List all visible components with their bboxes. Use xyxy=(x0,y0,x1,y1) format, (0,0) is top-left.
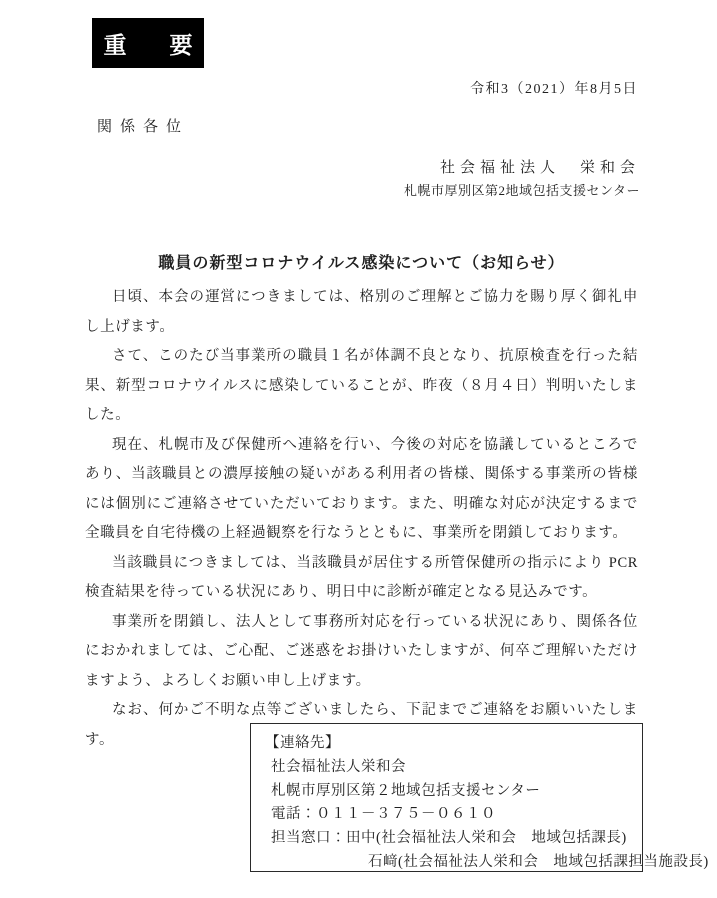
issue-date: 令和3（2021）年8月5日 xyxy=(85,78,638,98)
sender-department: 札幌市厚別区第2地域包括支援センター xyxy=(85,180,640,199)
contact-window-person-1: 担当窓口：田中(社会福祉法人栄和会 地域包括課長) xyxy=(251,827,642,851)
document-page: 重 要 令和3（2021）年8月5日 関係各位 社会福祉法人 栄和会 札幌市厚別… xyxy=(0,0,717,898)
document-body: 日頃、本会の運営につきましては、格別のご理解とご協力を賜り厚く御礼申し上げます。… xyxy=(85,283,638,755)
contact-heading: 【連絡先】 xyxy=(251,732,642,756)
sender-organization: 社会福祉法人 栄和会 xyxy=(85,156,640,177)
body-paragraph: 現在、札幌市及び保健所へ連絡を行い、今後の対応を協議しているところであり、当該職… xyxy=(85,431,638,549)
body-paragraph: 事業所を閉鎖し、法人として事務所対応を行っている状況にあり、関係各位におかれまし… xyxy=(85,608,638,697)
contact-center: 札幌市厚別区第２地域包括支援センター xyxy=(251,780,642,804)
body-paragraph: 当該職員につきましては、当該職員が居住する所管保健所の指示により PCR 検査結… xyxy=(85,549,638,608)
important-stamp: 重 要 xyxy=(92,18,204,68)
recipient-line: 関係各位 xyxy=(97,115,189,136)
contact-phone: 電話：０１１－３７５－０６１０ xyxy=(251,803,642,827)
contact-box: 【連絡先】 社会福祉法人栄和会 札幌市厚別区第２地域包括支援センター 電話：０１… xyxy=(250,723,643,872)
contact-window-person-2: 石﨑(社会福祉法人栄和会 地域包括課担当施設長) xyxy=(251,851,642,875)
document-title: 職員の新型コロナウイルス感染について（お知らせ） xyxy=(85,250,638,273)
body-paragraph: さて、このたび当事業所の職員１名が体調不良となり、抗原検査を行った結果、新型コロ… xyxy=(85,342,638,431)
body-paragraph: 日頃、本会の運営につきましては、格別のご理解とご協力を賜り厚く御礼申し上げます。 xyxy=(85,283,638,342)
contact-organization: 社会福祉法人栄和会 xyxy=(251,756,642,780)
